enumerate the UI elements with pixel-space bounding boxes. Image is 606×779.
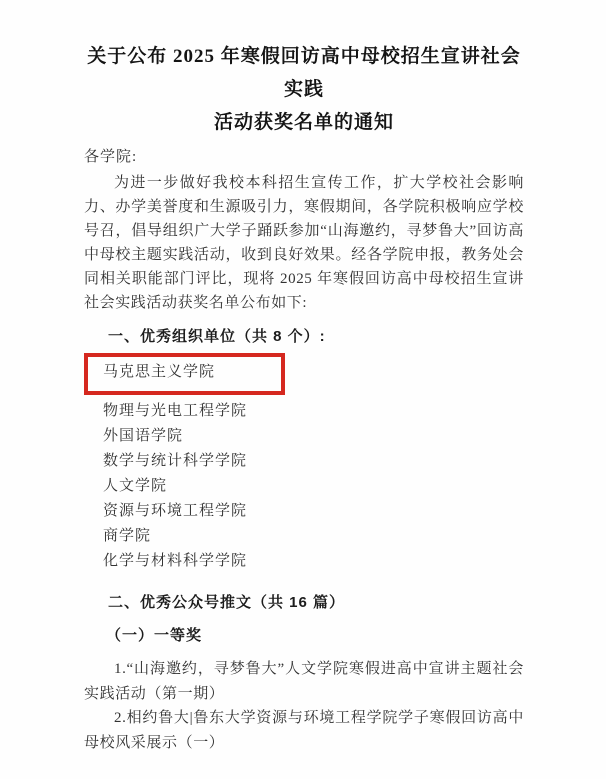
section1-heading: 一、优秀组织单位（共 8 个）: [84,329,524,345]
unit-marxism-highlighted: 马克思主义学院 [103,364,215,380]
organization-units-list: 马克思主义学院 物理与光电工程学院 外国语学院 数学与统计科学学院 人文学院 资… [84,353,524,574]
first-prize-subheading: （一）一等奖 [84,628,524,644]
salutation: 各学院: [84,145,524,169]
red-highlight-box: 马克思主义学院 [84,353,285,395]
unit-item: 物理与光电工程学院 [84,399,524,424]
article-entries: 1.“山海邀约，寻梦鲁大”人文学院寒假进高中宣讲主题社会实践活动（第一期） 2.… [84,657,524,755]
unit-item: 数学与统计科学学院 [84,449,524,474]
intro-paragraph: 为进一步做好我校本科招生宣传工作，扩大学校社会影响力、办学美誉度和生源吸引力，寒… [84,171,524,315]
unit-item: 外国语学院 [84,424,524,449]
unit-item: 化学与材料科学学院 [84,549,524,574]
document-title-line-1: 关于公布 2025 年寒假回访高中母校招生宣讲社会实践 [84,40,524,106]
entry-item-1: 1.“山海邀约，寻梦鲁大”人文学院寒假进高中宣讲主题社会实践活动（第一期） [84,657,524,706]
document-title: 关于公布 2025 年寒假回访高中母校招生宣讲社会实践 活动获奖名单的通知 [84,40,524,139]
entry-item-2: 2.相约鲁大|鲁东大学资源与环境工程学院学子寒假回访高中母校风采展示（一） [84,706,524,755]
notice-document-page: 关于公布 2025 年寒假回访高中母校招生宣讲社会实践 活动获奖名单的通知 各学… [0,0,606,779]
section2-heading: 二、优秀公众号推文（共 16 篇） [84,595,524,611]
unit-item: 人文学院 [84,474,524,499]
unit-item: 商学院 [84,524,524,549]
unit-item: 资源与环境工程学院 [84,499,524,524]
document-title-line-2: 活动获奖名单的通知 [84,106,524,139]
